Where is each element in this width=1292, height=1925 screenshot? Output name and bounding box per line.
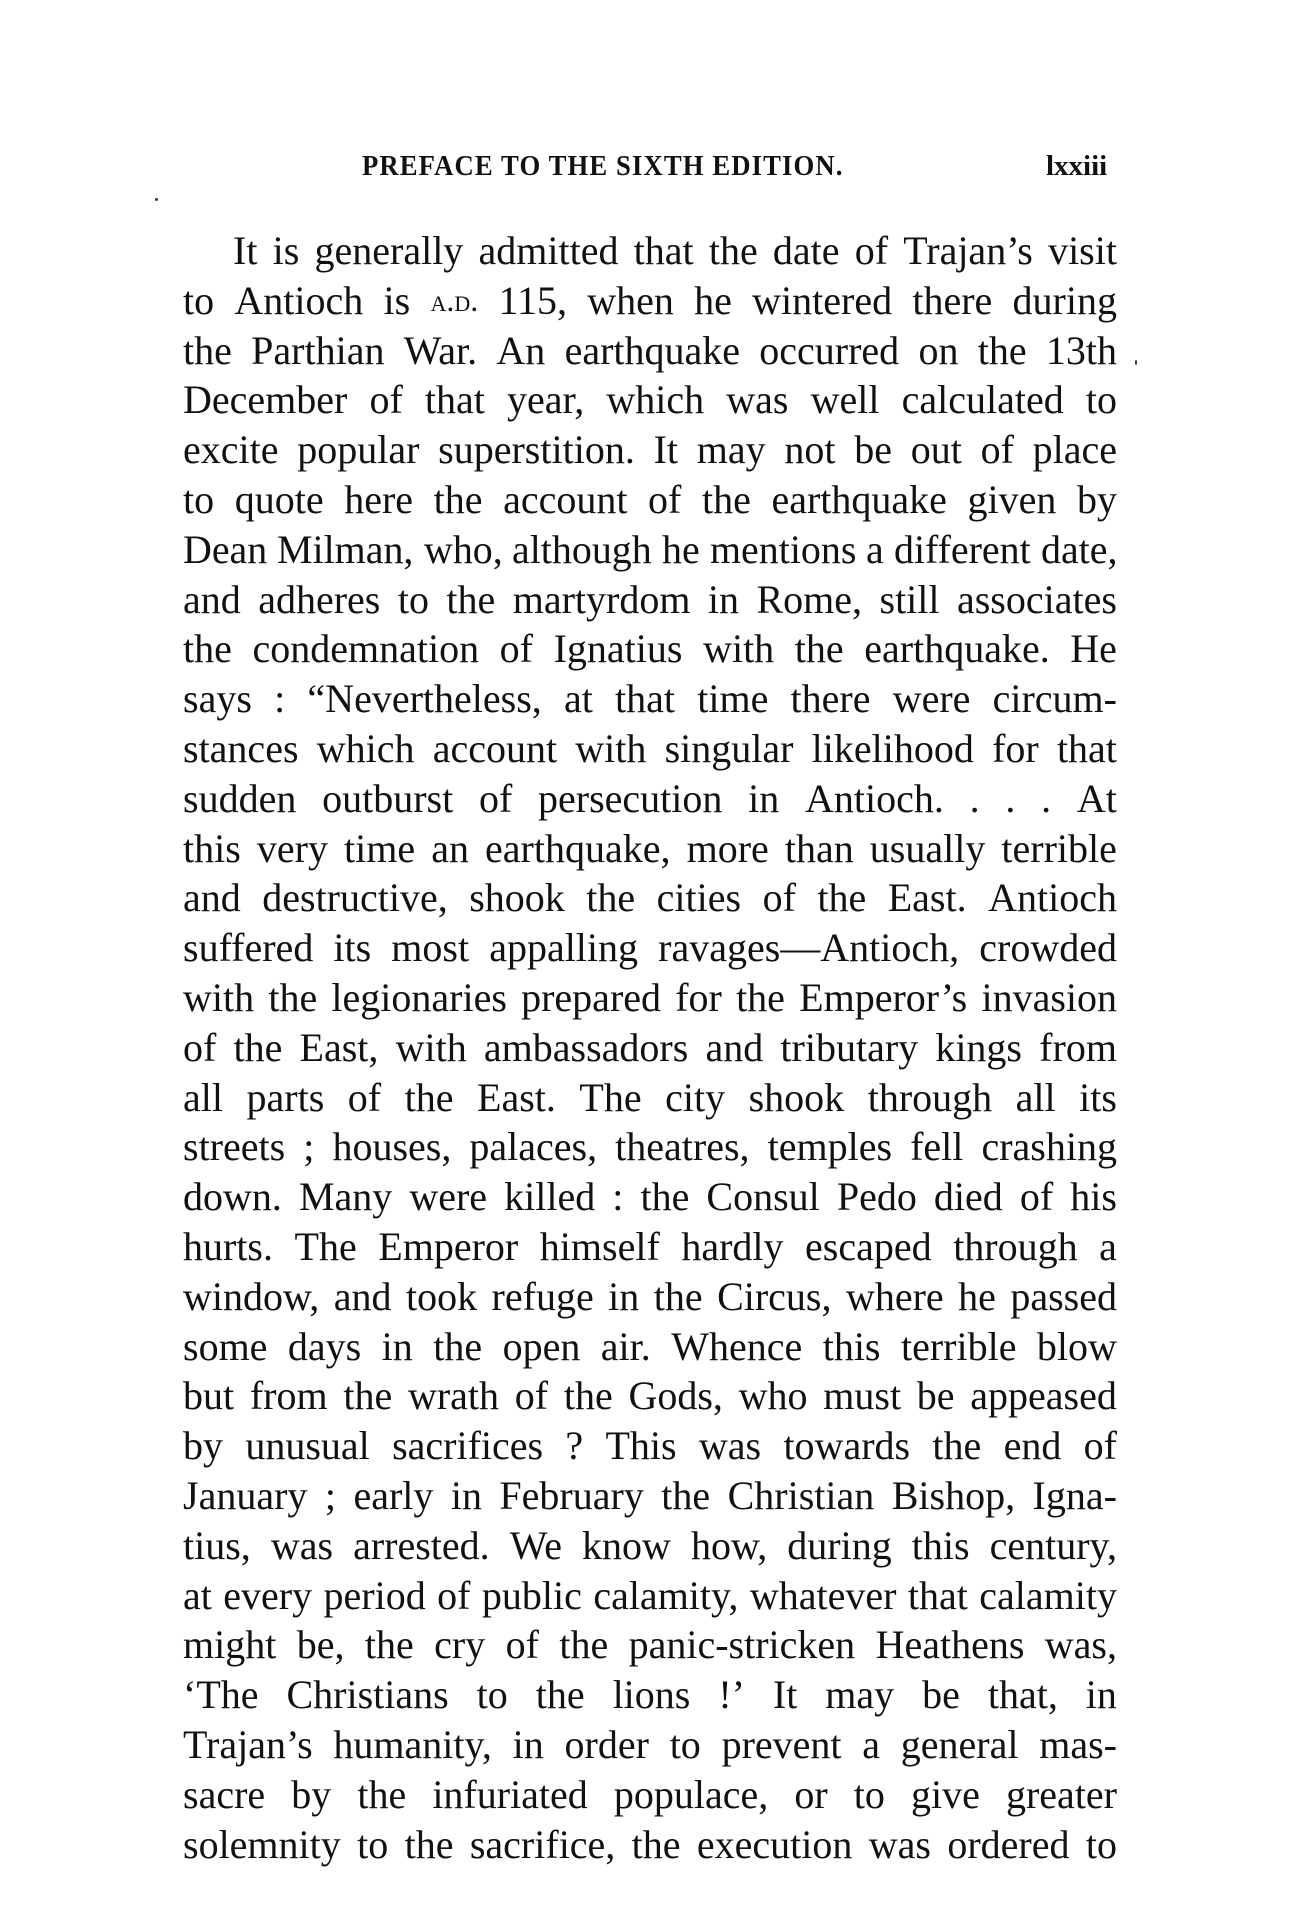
word: air. <box>601 1322 651 1372</box>
word: adheres <box>258 575 380 625</box>
word: crashing <box>981 1122 1117 1172</box>
word: open <box>503 1322 581 1372</box>
word: be <box>854 425 892 475</box>
word: Bishop, <box>892 1471 1015 1521</box>
word: was <box>869 1820 931 1870</box>
word: its <box>1079 1073 1117 1123</box>
word: of <box>437 1571 470 1621</box>
word: that <box>1057 724 1117 774</box>
word: cry <box>434 1620 485 1670</box>
text-line: excitepopularsuperstition.Itmaynotbeouto… <box>183 425 1117 475</box>
word: most <box>391 923 469 973</box>
text-line: thisverytimeanearthquake,morethanusually… <box>183 824 1117 874</box>
text-line: anddestructive,shookthecitiesoftheEast.A… <box>183 873 1117 923</box>
text-line: somedaysintheopenair.Whencethisterribleb… <box>183 1322 1117 1372</box>
word: Parthian <box>251 326 384 376</box>
word: more <box>687 824 769 874</box>
text-line: ateveryperiodofpubliccalamity,whateverth… <box>183 1571 1117 1621</box>
word: Circus, <box>717 1272 831 1322</box>
word: the <box>654 1272 703 1322</box>
text-line: tius,wasarrested.Weknowhow,duringthiscen… <box>183 1521 1117 1571</box>
word: prevent <box>722 1720 842 1770</box>
word: destructive, <box>262 873 448 923</box>
word: in <box>1086 1670 1117 1720</box>
text-line: hurts.TheEmperorhimselfhardlyescapedthro… <box>183 1222 1117 1272</box>
word: February <box>499 1471 643 1521</box>
word: himself <box>540 1222 660 1272</box>
word: well <box>811 375 880 425</box>
word: with <box>703 624 774 674</box>
word: sacrifices <box>392 1421 543 1471</box>
word: an <box>431 824 469 874</box>
word: Gods, <box>628 1371 722 1421</box>
word: Antioch. <box>805 774 944 824</box>
word: Trajan’s <box>183 1720 313 1770</box>
text-line: Decemberofthatyear,whichwaswellcalculate… <box>183 375 1117 425</box>
word: appeased <box>970 1371 1117 1421</box>
text-line: solemnitytothesacrifice,theexecutionwaso… <box>183 1820 1117 1870</box>
word: who, <box>424 525 502 575</box>
word: that, <box>988 1670 1058 1720</box>
word: be <box>917 1371 955 1421</box>
word: escaped <box>805 1222 932 1272</box>
text-line: toAntiochisa.d.115,whenhewinteredtheredu… <box>183 276 1117 326</box>
word: the <box>559 1620 608 1670</box>
word: time <box>344 824 415 874</box>
word: took <box>406 1272 477 1322</box>
word: the <box>564 1371 613 1421</box>
word: to <box>854 1770 885 1820</box>
word: through <box>953 1222 1077 1272</box>
word: date, <box>1041 525 1117 575</box>
text-line: mightbe,thecryofthepanic-strickenHeathen… <box>183 1620 1117 1670</box>
word: a <box>1099 1222 1117 1272</box>
word: It <box>773 1670 797 1720</box>
word: appalling <box>489 923 638 973</box>
word: It <box>654 425 678 475</box>
word: Milman, <box>277 525 413 575</box>
word: account <box>433 724 557 774</box>
word: houses, <box>332 1122 451 1172</box>
word: Consul <box>706 1172 819 1222</box>
word: that <box>908 1571 968 1621</box>
word: was, <box>1045 1620 1117 1670</box>
word: must <box>823 1371 901 1421</box>
word: days <box>288 1322 361 1372</box>
word: account <box>503 475 627 525</box>
word: martyrdom <box>513 575 691 625</box>
word: and <box>183 873 241 923</box>
word: by <box>183 1421 223 1471</box>
word: “Nevertheless, <box>307 674 541 724</box>
word: arrested. <box>353 1521 490 1571</box>
word: at <box>564 674 593 724</box>
word: of <box>1020 1172 1053 1222</box>
word: the <box>433 1322 482 1372</box>
word: East, <box>300 1023 379 1073</box>
word: may <box>825 1670 894 1720</box>
text-line: withthelegionariespreparedfortheEmperor’… <box>183 973 1117 1023</box>
word: its <box>333 923 371 973</box>
word: Igna- <box>1033 1471 1117 1521</box>
word: lions <box>613 1670 691 1720</box>
text-line: DeanMilman,who,althoughhementionsadiffer… <box>183 525 1117 575</box>
word: the <box>932 1421 981 1471</box>
word: different <box>894 525 1030 575</box>
word: circum- <box>993 674 1117 724</box>
word: January <box>183 1471 307 1521</box>
word: to <box>1086 375 1117 425</box>
word: excite <box>183 425 279 475</box>
word: crowded <box>979 923 1117 973</box>
word: the <box>446 575 495 625</box>
word: ; <box>325 1471 336 1521</box>
word: there <box>912 276 992 326</box>
word: be <box>922 1670 960 1720</box>
word: the <box>640 1172 689 1222</box>
word: earthquake <box>565 326 740 376</box>
word: give <box>911 1770 980 1820</box>
word: this <box>823 1322 881 1372</box>
text-line: oftheEast,withambassadorsandtributarykin… <box>183 1023 1117 1073</box>
word: his <box>1070 1172 1117 1222</box>
text-line: stanceswhichaccountwithsingularlikelihoo… <box>183 724 1117 774</box>
word: where <box>846 1272 944 1322</box>
word: who <box>739 1371 808 1421</box>
word: kings <box>935 1023 1022 1073</box>
word: Christians <box>286 1670 448 1720</box>
word: the <box>586 873 635 923</box>
word: terrible <box>1001 824 1117 874</box>
word: . <box>1005 774 1015 824</box>
text-line: ‘TheChristianstothelions!’Itmaybethat,in <box>183 1670 1117 1720</box>
word: refuge <box>492 1272 594 1322</box>
word: during <box>1013 276 1117 326</box>
word: the <box>661 1471 710 1521</box>
text-line: toquoteheretheaccountoftheearthquakegive… <box>183 475 1117 525</box>
word: !’ <box>718 1670 745 1720</box>
word: War. <box>404 326 477 376</box>
word: a.d. <box>430 276 478 326</box>
word: by <box>291 1770 331 1820</box>
word: likelihood <box>812 724 974 774</box>
word: general <box>901 1720 1019 1770</box>
word: down. <box>183 1172 282 1222</box>
word: were <box>409 1172 487 1222</box>
word: and <box>183 575 241 625</box>
word: quote <box>235 475 324 525</box>
word: here <box>344 475 413 525</box>
word: Dean <box>183 525 267 575</box>
word: with <box>575 724 646 774</box>
word: sacrifice, <box>470 1820 615 1870</box>
word: It <box>233 226 257 276</box>
word: is <box>384 276 411 326</box>
word: that <box>425 375 485 425</box>
word: the <box>365 1620 414 1670</box>
word: wintered <box>752 276 892 326</box>
word: there <box>791 674 871 724</box>
word: superstition. <box>438 425 635 475</box>
word: hurts. <box>183 1222 273 1272</box>
word: may <box>697 425 766 475</box>
word: shook <box>469 873 565 923</box>
word: parts <box>247 1073 325 1123</box>
page-header: PREFACE TO THE SIXTH EDITION. lxxiii <box>362 150 1122 194</box>
word: He <box>1070 624 1117 674</box>
word: Many <box>299 1172 392 1222</box>
word: not <box>784 425 835 475</box>
text-line: allpartsoftheEast.Thecityshookthroughall… <box>183 1073 1117 1123</box>
word: in <box>708 575 739 625</box>
word: of <box>479 774 512 824</box>
word: We <box>510 1521 562 1571</box>
word: Christian <box>728 1471 875 1521</box>
word: when <box>587 276 674 326</box>
word: the <box>405 1073 454 1123</box>
text-line: ItisgenerallyadmittedthatthedateofTrajan… <box>183 226 1117 276</box>
word: earthquake <box>771 475 946 525</box>
text-line: byunusualsacrifices?Thiswastowardstheend… <box>183 1421 1117 1471</box>
word: to <box>477 1670 508 1720</box>
word: theatres, <box>615 1122 749 1172</box>
word: calamity <box>979 1571 1117 1621</box>
word: early <box>353 1471 433 1521</box>
word: Pedo <box>837 1172 917 1222</box>
word: humanity, <box>333 1720 492 1770</box>
word: occurred <box>759 326 899 376</box>
word: very <box>257 824 328 874</box>
word: date <box>773 226 840 276</box>
word: fell <box>910 1122 963 1172</box>
word: ; <box>303 1122 314 1172</box>
word: palaces, <box>469 1122 597 1172</box>
running-title: PREFACE TO THE SIXTH EDITION. <box>362 150 844 183</box>
word: century, <box>990 1521 1117 1571</box>
word: of <box>515 1371 548 1421</box>
word: every <box>223 1571 312 1621</box>
text-line: suffereditsmostappallingravages—Antioch,… <box>183 923 1117 973</box>
word: with <box>396 1023 467 1073</box>
word: visit <box>1048 226 1117 276</box>
word: by <box>1077 475 1117 525</box>
word: towards <box>783 1421 910 1471</box>
word: prepared <box>521 973 661 1023</box>
word: window, <box>183 1272 319 1322</box>
word: shook <box>749 1073 845 1123</box>
word: place <box>1033 425 1117 475</box>
word: for <box>675 973 722 1023</box>
word: ? <box>565 1421 583 1471</box>
word: temples <box>768 1122 892 1172</box>
word: The <box>295 1222 357 1272</box>
text-line: window,andtookrefugeintheCircus,wherehep… <box>183 1272 1117 1322</box>
word: to <box>398 575 429 625</box>
word: Whence <box>671 1322 802 1372</box>
word: which <box>317 724 415 774</box>
word: in <box>608 1272 639 1322</box>
word: to <box>357 1820 388 1870</box>
word: ‘The <box>183 1670 259 1720</box>
word: the <box>536 1670 585 1720</box>
text-line: streets;houses,palaces,theatres,templesf… <box>183 1122 1117 1172</box>
word: the <box>357 1770 406 1820</box>
word: 115, <box>498 276 567 326</box>
word: mas- <box>1039 1720 1117 1770</box>
word: Antioch <box>234 276 363 326</box>
word: ordered <box>947 1820 1069 1870</box>
word: of <box>500 624 533 674</box>
word: in <box>748 774 779 824</box>
word: Antioch <box>988 873 1117 923</box>
word: The <box>579 1073 641 1123</box>
word: East. <box>888 873 967 923</box>
word: Emperor <box>378 1222 518 1272</box>
word: the <box>632 1820 681 1870</box>
word: An <box>496 326 545 376</box>
word: how, <box>691 1521 767 1571</box>
word: outburst <box>322 774 453 824</box>
word: Emperor’s <box>799 973 967 1023</box>
word: earthquake, <box>485 824 670 874</box>
word: . <box>1041 774 1051 824</box>
word: end <box>1004 1421 1062 1471</box>
word: execution <box>697 1820 853 1870</box>
text-line: butfromthewrathoftheGods,whomustbeappeas… <box>183 1371 1117 1421</box>
word: Ignatius <box>554 624 683 674</box>
word: in <box>382 1322 413 1372</box>
text-line: says:“Nevertheless,atthattimetherewereci… <box>183 674 1117 724</box>
word: of <box>1084 1421 1117 1471</box>
word: was <box>271 1521 333 1571</box>
word: this <box>912 1521 970 1571</box>
word: the <box>817 873 866 923</box>
word: and <box>705 1023 763 1073</box>
word: singular <box>665 724 794 774</box>
word: associates <box>957 575 1117 625</box>
word: says <box>183 674 252 724</box>
word: he <box>958 1272 996 1322</box>
word: populace, <box>614 1770 768 1820</box>
word: calamity, <box>593 1571 738 1621</box>
word: he <box>694 276 732 326</box>
word: unusual <box>245 1421 369 1471</box>
word: the <box>702 475 751 525</box>
text-line: January;earlyinFebruarytheChristianBisho… <box>183 1471 1117 1521</box>
word: December <box>183 375 347 425</box>
word: given <box>967 475 1056 525</box>
word: from <box>1039 1023 1117 1073</box>
word: invasion <box>981 973 1117 1023</box>
word: calculated <box>902 375 1064 425</box>
word: tributary <box>780 1023 918 1073</box>
word: for <box>992 724 1039 774</box>
word: panic-stricken <box>629 1620 856 1670</box>
word: the <box>736 973 785 1023</box>
word: at <box>183 1571 212 1621</box>
word: Rome, <box>757 575 863 625</box>
word: of <box>348 1073 381 1123</box>
word: whatever <box>750 1571 897 1621</box>
word: 13th <box>1046 326 1117 376</box>
word: wrath <box>408 1371 499 1421</box>
text-line: sacrebytheinfuriatedpopulace,ortogivegre… <box>183 1770 1117 1820</box>
word: hardly <box>681 1222 783 1272</box>
word: the <box>434 475 483 525</box>
word: sudden <box>183 774 296 824</box>
word: : <box>274 674 285 724</box>
word: some <box>183 1322 267 1372</box>
word: a <box>866 525 884 575</box>
word: of <box>369 375 402 425</box>
word: This <box>605 1421 676 1471</box>
word: of <box>648 475 681 525</box>
word: know <box>582 1521 671 1571</box>
word: died <box>934 1172 1003 1222</box>
word: of <box>855 226 888 276</box>
word: At <box>1077 774 1117 824</box>
page-number: lxxiii <box>1046 150 1107 183</box>
text-line: andadherestothemartyrdominRome,stillasso… <box>183 575 1117 625</box>
word: Trajan’s <box>903 226 1033 276</box>
word: infuriated <box>432 1770 588 1820</box>
word: to <box>183 475 214 525</box>
word: of <box>183 1023 216 1073</box>
word: to <box>183 276 214 326</box>
word: legionaries <box>331 973 507 1023</box>
word: a <box>862 1720 880 1770</box>
word: the <box>268 973 317 1023</box>
word: the <box>405 1820 454 1870</box>
word: Heathens <box>876 1620 1025 1670</box>
word: ravages—Antioch, <box>658 923 959 973</box>
word: streets <box>183 1122 285 1172</box>
word: and <box>334 1272 392 1322</box>
word: tius, <box>183 1521 251 1571</box>
word: blow <box>1037 1322 1117 1372</box>
word: ambassadors <box>484 1023 688 1073</box>
word: which <box>606 375 704 425</box>
word: generally <box>315 226 464 276</box>
text-line: Trajan’shumanity,inordertopreventagenera… <box>183 1720 1117 1770</box>
text-line: thecondemnationofIgnatiuswiththeearthqua… <box>183 624 1117 674</box>
word: admitted <box>479 226 619 276</box>
word: year, <box>507 375 584 425</box>
word: out <box>911 425 962 475</box>
word: he <box>662 525 700 575</box>
word: during <box>787 1521 891 1571</box>
word: to <box>670 1720 701 1770</box>
word: popular <box>297 425 419 475</box>
word: in <box>451 1471 482 1521</box>
word: the <box>978 326 1027 376</box>
word: time <box>697 674 768 724</box>
word: cities <box>657 873 741 923</box>
word: through <box>868 1073 992 1123</box>
word: of <box>981 425 1014 475</box>
word: public <box>482 1571 582 1621</box>
word: period <box>324 1571 426 1621</box>
word: be, <box>297 1620 345 1670</box>
word: that <box>615 674 675 724</box>
word: order <box>565 1720 649 1770</box>
word: the <box>183 326 232 376</box>
word: was <box>699 1421 761 1471</box>
word: condemnation <box>252 624 479 674</box>
scan-speck <box>155 198 158 201</box>
word: mentions <box>710 525 856 575</box>
word: city <box>665 1073 725 1123</box>
